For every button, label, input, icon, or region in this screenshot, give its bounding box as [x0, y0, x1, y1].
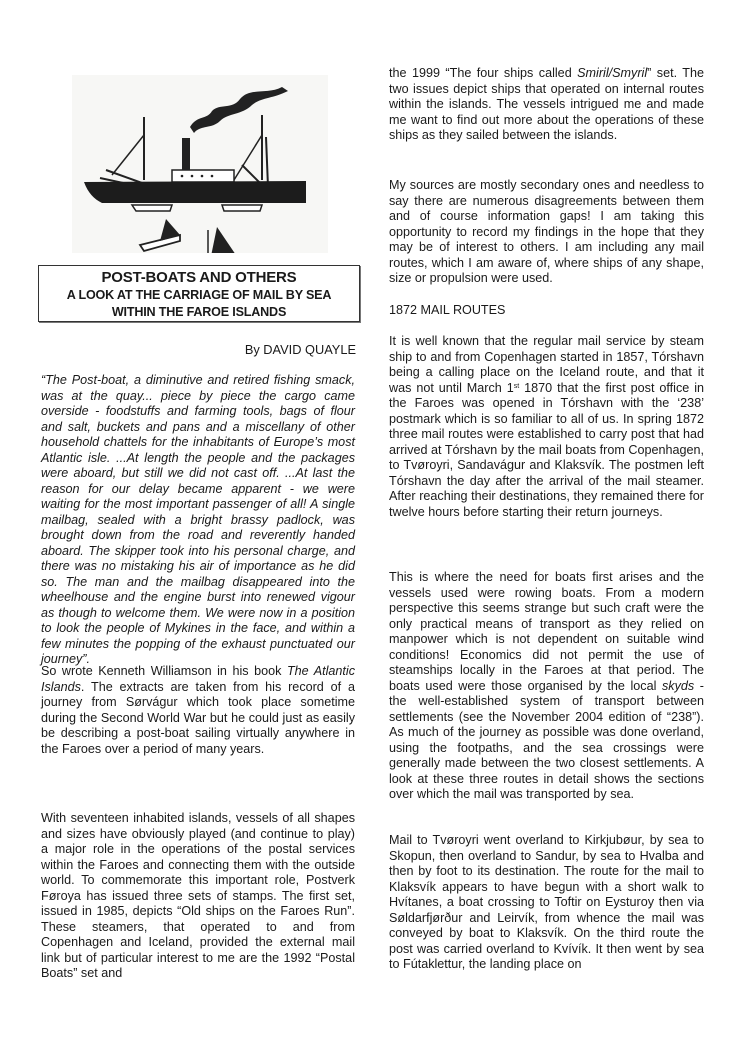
text-span: . The extracts are taken from his record…	[41, 680, 355, 756]
text-span: 1870 that the first post office in the F…	[389, 381, 704, 519]
paragraph-seventeen-islands: With seventeen inhabited islands, vessel…	[41, 811, 355, 982]
ship-name: Smiril/Smyril	[577, 66, 647, 80]
text-span: So wrote Kenneth Williamson in his book	[41, 664, 287, 678]
opening-quote: “The Post-boat, a diminutive and retired…	[41, 373, 355, 668]
article-title: POST-BOATS AND OTHERS	[39, 269, 359, 287]
article-subtitle-line-1: A LOOK AT THE CARRIAGE OF MAIL BY SEA	[39, 287, 359, 304]
paragraph-stamp-sets: the 1999 “The four ships called Smiril/S…	[389, 66, 704, 144]
paragraph-williamson: So wrote Kenneth Williamson in his book …	[41, 664, 355, 757]
paragraph-1872-routes: It is well known that the regular mail s…	[389, 334, 704, 520]
steamship-illustration	[72, 75, 328, 253]
paragraph-sources: My sources are mostly secondary ones and…	[389, 178, 704, 287]
article-title-box: POST-BOATS AND OTHERS A LOOK AT THE CARR…	[38, 265, 360, 322]
paragraph-rowing-boats: This is where the need for boats first a…	[389, 570, 704, 803]
skyds-term: skyds	[662, 679, 694, 693]
author-byline: By DAVID QUAYLE	[38, 342, 356, 357]
text-span: - the well-established system of transpo…	[389, 679, 704, 802]
text-span: This is where the need for boats first a…	[389, 570, 704, 693]
text-span: the 1999 “The four ships called	[389, 66, 577, 80]
article-subtitle-line-2: WITHIN THE FAROE ISLANDS	[39, 304, 359, 321]
section-heading: 1872 MAIL ROUTES	[389, 303, 505, 317]
paragraph-route-details: Mail to Tvøroyri went overland to Kirkju…	[389, 833, 704, 973]
